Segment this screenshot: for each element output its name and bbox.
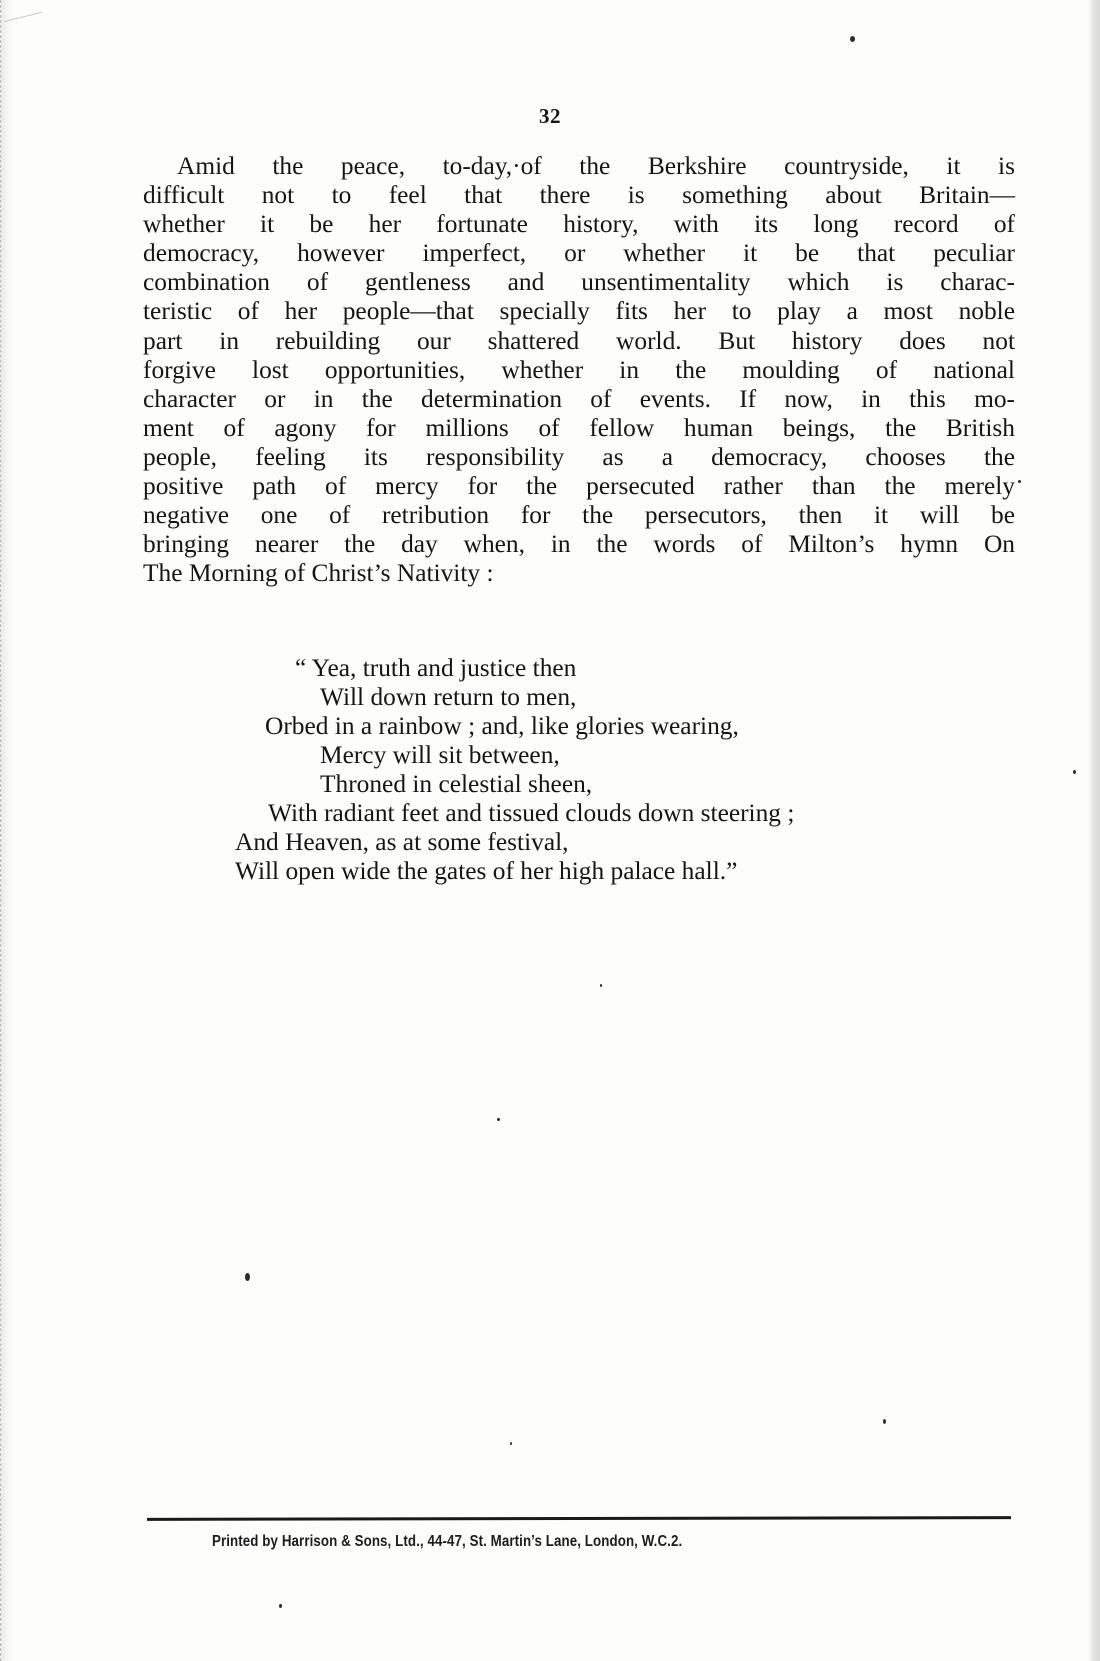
printer-imprint: Printed by Harrison & Sons, Ltd., 44-47,… [212,1533,840,1551]
poem-line: And Heaven, as at some festival, [235,828,569,857]
scan-speck [279,1604,282,1608]
scan-speck [245,1273,250,1281]
poem-line: Will down return to men, [320,683,576,712]
poem-line: Will open wide the gates of her high pal… [235,857,737,886]
scan-speck [510,1442,512,1445]
page-left-edge [0,0,14,1661]
scan-speck [850,36,855,42]
paragraph-line: whether it be her fortunate history, wit… [143,210,1015,239]
paragraph-line: negative one of retribution for the pers… [143,501,1015,530]
paragraph-line: combination of gentleness and unsentimen… [143,268,1015,297]
poem-line: Mercy will sit between, [320,741,560,770]
scan-speck [497,1118,500,1121]
paragraph-line: Amid the peace, to-day,·of the Berkshire… [143,152,1015,181]
scan-speck [1073,770,1076,774]
poem-line: Throned in celestial sheen, [320,770,592,799]
paragraph-line: The Morning of Christ’s Nativity : [143,559,1015,588]
paragraph-line: part in rebuilding our shattered world. … [143,327,1015,356]
poem-line: “ Yea, truth and justice then [295,654,576,683]
footer-divider [147,1516,1011,1521]
paragraph-line: difficult not to feel that there is some… [143,181,1015,210]
body-paragraph: Amid the peace, to-day,·of the Berkshire… [143,152,1015,588]
page-number: 32 [0,104,1100,129]
paragraph-line: ment of agony for millions of fellow hum… [143,414,1015,443]
paragraph-line: positive path of mercy for the persecute… [143,472,1015,501]
paragraph-line: forgive lost opportunities, whether in t… [143,356,1015,385]
scan-speck [600,984,602,987]
scan-speck [1018,480,1021,483]
paragraph-line: democracy, however imperfect, or whether… [143,239,1015,268]
page-right-edge [1088,0,1100,1661]
paragraph-line: teristic of her people—that specially fi… [143,297,1015,326]
paragraph-line: character or in the determination of eve… [143,385,1015,414]
poem-line: With radiant feet and tissued clouds dow… [268,799,794,828]
paragraph-line: bringing nearer the day when, in the wor… [143,530,1015,559]
scan-speck [883,1419,886,1424]
document-page: 32 Amid the peace, to-day,·of the Berksh… [0,0,1100,1661]
paragraph-line: people, feeling its responsibility as a … [143,443,1015,472]
poem-line: Orbed in a rainbow ; and, like glories w… [265,712,739,741]
